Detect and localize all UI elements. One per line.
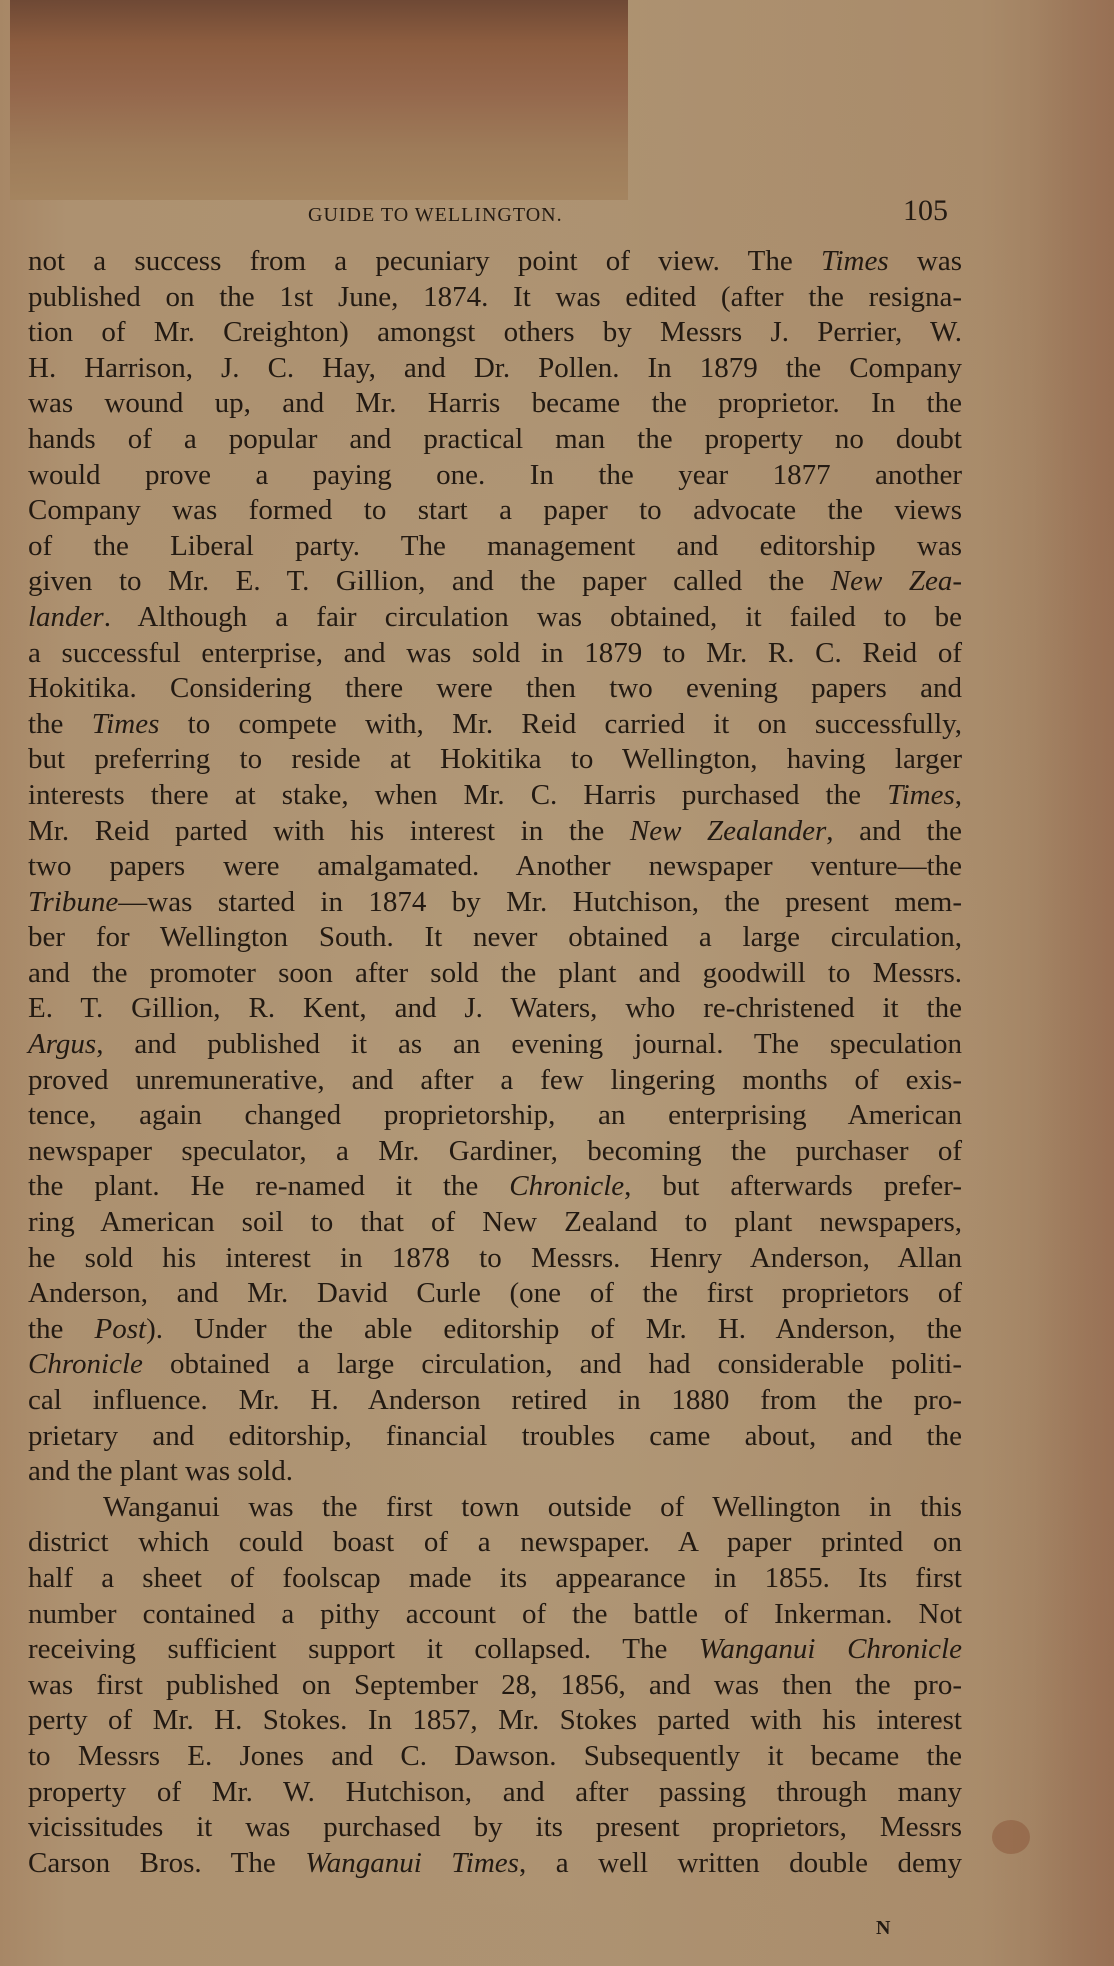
text-line: Hokitika. Considering there were then tw… bbox=[28, 671, 962, 707]
text-line: Wanganui was the first town outside of W… bbox=[28, 1490, 962, 1526]
text-run: was first published on September 28, 185… bbox=[28, 1669, 962, 1701]
text-line: district which could boast of a newspape… bbox=[28, 1525, 962, 1561]
paper-edge-discoloration bbox=[1034, 0, 1114, 1966]
text-line: lander. Although a fair circulation was … bbox=[28, 600, 962, 636]
italic-title: Chronicle bbox=[509, 1170, 624, 1202]
text-run: hands of a popular and practical man the… bbox=[28, 423, 962, 455]
text-line: ber for Wellington South. It never obtai… bbox=[28, 920, 962, 956]
text-run: Company was formed to start a paper to a… bbox=[28, 494, 962, 526]
text-run: , and the bbox=[826, 815, 962, 847]
text-run: to compete with, Mr. Reid carried it on … bbox=[159, 708, 962, 740]
text-run: Mr. Reid parted with his interest in the bbox=[28, 815, 630, 847]
text-line: two papers were amalgamated. Another new… bbox=[28, 849, 962, 885]
text-run: E. T. Gillion, R. Kent, and J. Waters, w… bbox=[28, 992, 962, 1024]
text-run: not a success from a pecuniary point of … bbox=[28, 245, 821, 277]
text-run: the plant. He re-named it the bbox=[28, 1170, 509, 1202]
text-run: ring American soil to that of New Zealan… bbox=[28, 1206, 962, 1238]
text-line: the Post). Under the able editorship of … bbox=[28, 1312, 962, 1348]
text-run: to Messrs E. Jones and C. Dawson. Subseq… bbox=[28, 1740, 962, 1772]
text-line: and the promoter soon after sold the pla… bbox=[28, 956, 962, 992]
body-text: not a success from a pecuniary point of … bbox=[28, 244, 962, 1881]
text-run: would prove a paying one. In the year 18… bbox=[28, 459, 962, 491]
text-line: vicissitudes it was purchased by its pre… bbox=[28, 1810, 962, 1846]
text-run: tion of Mr. Creighton) amongst others by… bbox=[28, 316, 962, 348]
text-line: ring American soil to that of New Zealan… bbox=[28, 1205, 962, 1241]
text-run: —was started in 1874 by Mr. Hutchison, t… bbox=[118, 886, 962, 918]
text-line: prietary and editorship, financial troub… bbox=[28, 1419, 962, 1455]
text-run: , but afterwards prefer- bbox=[624, 1170, 962, 1202]
running-head-title: GUIDE TO WELLINGTON. bbox=[308, 204, 563, 227]
italic-title: Times bbox=[92, 708, 160, 740]
text-run: was wound up, and Mr. Harris became the … bbox=[28, 387, 962, 419]
text-run: he sold his interest in 1878 to Messrs. … bbox=[28, 1242, 962, 1274]
paragraph: Wanganui was the first town outside of W… bbox=[28, 1490, 962, 1882]
text-run: cal influence. Mr. H. Anderson retired i… bbox=[28, 1384, 962, 1416]
italic-title: New Zealander bbox=[630, 815, 826, 847]
foxing-spot bbox=[992, 1820, 1030, 1854]
text-run: property of Mr. W. Hutchison, and after … bbox=[28, 1776, 962, 1808]
text-line: newspaper speculator, a Mr. Gardiner, be… bbox=[28, 1134, 962, 1170]
book-page: GUIDE TO WELLINGTON. 105 not a success f… bbox=[0, 0, 1114, 1966]
text-line: not a success from a pecuniary point of … bbox=[28, 244, 962, 280]
text-line: interests there at stake, when Mr. C. Ha… bbox=[28, 778, 962, 814]
text-run: interests there at stake, when Mr. C. Ha… bbox=[28, 779, 887, 811]
italic-title: Wanganui Times bbox=[305, 1847, 519, 1879]
text-line: would prove a paying one. In the year 18… bbox=[28, 458, 962, 494]
text-line: published on the 1st June, 1874. It was … bbox=[28, 280, 962, 316]
text-line: Carson Bros. The Wanganui Times, a well … bbox=[28, 1846, 962, 1882]
text-line: hands of a popular and practical man the… bbox=[28, 422, 962, 458]
text-run: given to Mr. E. T. Gillion, and the pape… bbox=[28, 565, 831, 597]
text-run: receiving sufficient support it collapse… bbox=[28, 1633, 699, 1665]
text-run: was bbox=[889, 245, 962, 277]
text-run: prietary and editorship, financial troub… bbox=[28, 1420, 962, 1452]
text-line: E. T. Gillion, R. Kent, and J. Waters, w… bbox=[28, 991, 962, 1027]
text-line: Mr. Reid parted with his interest in the… bbox=[28, 814, 962, 850]
text-run: tence, again changed proprietorship, an … bbox=[28, 1099, 962, 1131]
text-run: the bbox=[28, 1313, 95, 1345]
italic-title: Tribune bbox=[28, 886, 118, 918]
text-run: proved unremunerative, and after a few l… bbox=[28, 1064, 962, 1096]
text-run: . Although a fair circulation was obtain… bbox=[104, 601, 962, 633]
text-run: , bbox=[955, 779, 962, 811]
text-run: ). Under the able editorship of Mr. H. A… bbox=[146, 1313, 962, 1345]
text-run: a successful enterprise, and was sold in… bbox=[28, 637, 962, 669]
paragraph: not a success from a pecuniary point of … bbox=[28, 244, 962, 1490]
italic-title: Chronicle bbox=[28, 1348, 143, 1380]
text-line: but preferring to reside at Hokitika to … bbox=[28, 742, 962, 778]
italic-title: Post bbox=[95, 1313, 147, 1345]
text-line: he sold his interest in 1878 to Messrs. … bbox=[28, 1241, 962, 1277]
text-run: ber for Wellington South. It never obtai… bbox=[28, 921, 962, 953]
text-line: tence, again changed proprietorship, an … bbox=[28, 1098, 962, 1134]
text-line: H. Harrison, J. C. Hay, and Dr. Pollen. … bbox=[28, 351, 962, 387]
text-line: half a sheet of foolscap made its appear… bbox=[28, 1561, 962, 1597]
text-run: Hokitika. Considering there were then tw… bbox=[28, 672, 962, 704]
text-run: Anderson, and Mr. David Curle (one of th… bbox=[28, 1277, 962, 1309]
text-run: newspaper speculator, a Mr. Gardiner, be… bbox=[28, 1135, 962, 1167]
italic-title: Argus bbox=[28, 1028, 96, 1060]
text-line: to Messrs E. Jones and C. Dawson. Subseq… bbox=[28, 1739, 962, 1775]
text-line: perty of Mr. H. Stokes. In 1857, Mr. Sto… bbox=[28, 1703, 962, 1739]
text-run: Carson Bros. The bbox=[28, 1847, 305, 1879]
text-run: and the plant was sold. bbox=[28, 1455, 293, 1487]
text-run: but preferring to reside at Hokitika to … bbox=[28, 743, 962, 775]
text-line: given to Mr. E. T. Gillion, and the pape… bbox=[28, 564, 962, 600]
text-run: number contained a pithy account of the … bbox=[28, 1598, 962, 1630]
text-run: of the Liberal party. The management and… bbox=[28, 530, 962, 562]
text-line: number contained a pithy account of the … bbox=[28, 1597, 962, 1633]
text-line: receiving sufficient support it collapse… bbox=[28, 1632, 962, 1668]
text-run: Wanganui was the first town outside of W… bbox=[103, 1491, 962, 1523]
text-run: district which could boast of a newspape… bbox=[28, 1526, 962, 1558]
text-line: cal influence. Mr. H. Anderson retired i… bbox=[28, 1383, 962, 1419]
text-line: was wound up, and Mr. Harris became the … bbox=[28, 386, 962, 422]
text-run: , and published it as an evening journal… bbox=[96, 1028, 962, 1060]
text-line: Chronicle obtained a large circulation, … bbox=[28, 1347, 962, 1383]
text-run: two papers were amalgamated. Another new… bbox=[28, 850, 962, 882]
text-run: the bbox=[28, 708, 92, 740]
signature-mark: N bbox=[876, 1917, 890, 1940]
running-head: GUIDE TO WELLINGTON. 105 bbox=[0, 196, 1114, 236]
text-line: proved unremunerative, and after a few l… bbox=[28, 1063, 962, 1099]
text-run: half a sheet of foolscap made its appear… bbox=[28, 1562, 962, 1594]
text-line: was first published on September 28, 185… bbox=[28, 1668, 962, 1704]
text-line: a successful enterprise, and was sold in… bbox=[28, 636, 962, 672]
text-line: Company was formed to start a paper to a… bbox=[28, 493, 962, 529]
italic-title: lander bbox=[28, 601, 104, 633]
italic-title: New Zea- bbox=[831, 565, 962, 597]
text-line: and the plant was sold. bbox=[28, 1454, 962, 1490]
text-line: property of Mr. W. Hutchison, and after … bbox=[28, 1775, 962, 1811]
text-run: H. Harrison, J. C. Hay, and Dr. Pollen. … bbox=[28, 352, 962, 384]
text-line: the plant. He re-named it the Chronicle,… bbox=[28, 1169, 962, 1205]
text-line: the Times to compete with, Mr. Reid carr… bbox=[28, 707, 962, 743]
text-run: perty of Mr. H. Stokes. In 1857, Mr. Sto… bbox=[28, 1704, 962, 1736]
text-line: Tribune—was started in 1874 by Mr. Hutch… bbox=[28, 885, 962, 921]
paper-stain-top bbox=[10, 0, 628, 200]
italic-title: Wanganui Chronicle bbox=[699, 1633, 962, 1665]
text-line: Anderson, and Mr. David Curle (one of th… bbox=[28, 1276, 962, 1312]
text-run: vicissitudes it was purchased by its pre… bbox=[28, 1811, 962, 1843]
page-number: 105 bbox=[903, 194, 948, 228]
italic-title: Times bbox=[887, 779, 955, 811]
text-line: tion of Mr. Creighton) amongst others by… bbox=[28, 315, 962, 351]
text-run: , a well written double demy bbox=[519, 1847, 962, 1879]
italic-title: Times bbox=[821, 245, 889, 277]
text-run: published on the 1st June, 1874. It was … bbox=[28, 281, 962, 313]
text-line: Argus, and published it as an evening jo… bbox=[28, 1027, 962, 1063]
text-run: obtained a large circulation, and had co… bbox=[143, 1348, 962, 1380]
text-line: of the Liberal party. The management and… bbox=[28, 529, 962, 565]
text-run: and the promoter soon after sold the pla… bbox=[28, 957, 962, 989]
